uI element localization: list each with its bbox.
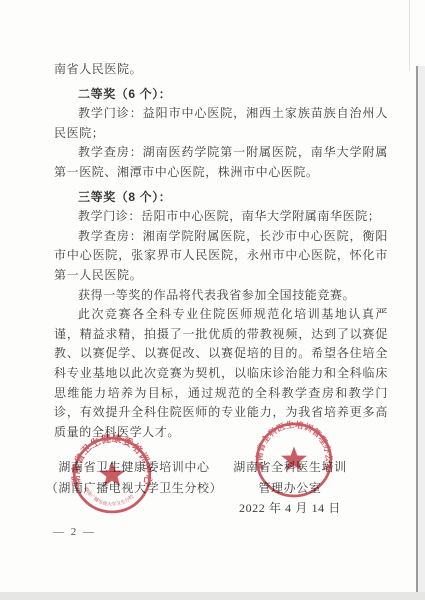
award-heading: 二等奖（6 个）：	[54, 85, 388, 105]
page-edge-bottom	[0, 592, 425, 600]
body-paragraph: 教学门诊：岳阳市中心医院，南华大学附属南华医院；	[54, 207, 388, 227]
star-icon	[281, 446, 307, 471]
body-paragraph: 教学门诊：益阳市中心医院，湘西土家族苗族自治州人民医院；	[54, 104, 388, 143]
page-edge-right	[416, 66, 418, 593]
star-icon	[99, 461, 126, 486]
body-paragraph: 获得一等奖的作品将代表我省参加全国技能竞赛。	[54, 286, 388, 306]
body-paragraph: 教学查房：湘南学院附属医院，长沙市中心医院，衡阳市中心医院，张家界市人民医院，永…	[54, 227, 388, 286]
official-seal-left-icon: 湖南省卫生健康委培训中心 湖南广播电视大学卫生分校	[67, 434, 157, 516]
body-paragraph: 南省人民医院。	[54, 60, 388, 80]
award-heading: 三等奖（8 个）：	[54, 188, 388, 208]
signature-date: 2022 年 4 月 14 日	[222, 498, 358, 519]
official-seal-right-icon: 湖南省全科医生培训管理办公室	[249, 420, 339, 500]
page-edge-top-right	[409, 0, 410, 70]
page-number: — 2 —	[53, 526, 96, 538]
body-paragraph: 教学查房：湖南医药学院第一附属医院，南华大学附属第一医院、湘潭市中心医院，株洲市…	[54, 143, 388, 182]
page-edge-shadow	[418, 66, 425, 600]
document-page: 南省人民医院。二等奖（6 个）：教学门诊：益阳市中心医院，湘西土家族苗族自治州人…	[0, 0, 425, 600]
document-body: 南省人民医院。二等奖（6 个）：教学门诊：益阳市中心医院，湘西土家族苗族自治州人…	[54, 60, 388, 442]
